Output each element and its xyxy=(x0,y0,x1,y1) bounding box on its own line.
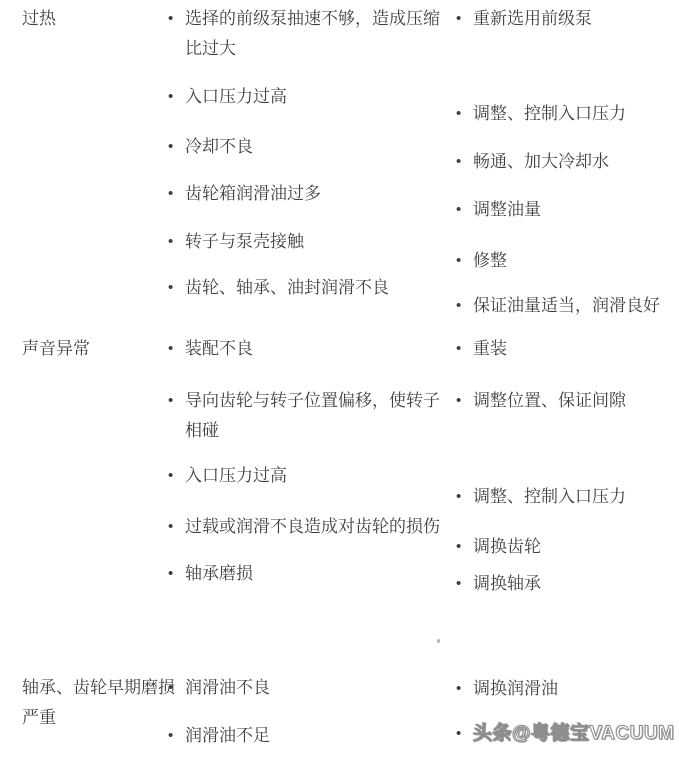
remedy-text: 调换润滑油 xyxy=(473,679,558,698)
bullet-icon: • xyxy=(456,386,461,416)
remedy-text: 保证油量适当，润滑良好 xyxy=(473,296,660,315)
remedy-item: • 调换齿轮 xyxy=(456,532,679,562)
bullet-icon: • xyxy=(456,246,461,276)
bullet-icon: • xyxy=(168,721,173,751)
cause-item: • 选择的前级泵抽速不够，造成压缩比过大 xyxy=(168,4,450,64)
bullet-icon: • xyxy=(456,674,461,704)
cause-text: 轴承磨损 xyxy=(185,564,253,583)
remedy-item: • 调整位置、保证间隙 xyxy=(456,386,679,416)
bullet-icon: • xyxy=(456,719,461,749)
bullet-icon: • xyxy=(168,273,173,303)
cause-text: 转子与泵壳接触 xyxy=(185,232,304,251)
cause-item: • 冷却不良 xyxy=(168,132,450,162)
remedy-text: 修整 xyxy=(473,251,507,270)
watermark-text: 头条@粤德宝VACUUM xyxy=(473,723,675,744)
cause-text: 过载或润滑不良造成对齿轮的损伤 xyxy=(185,517,440,536)
cause-item: • 入口压力过高 xyxy=(168,82,450,112)
watermark: • 头条@粤德宝VACUUM xyxy=(456,719,675,749)
remedy-item: • 调整油量 xyxy=(456,195,679,225)
cause-text: 装配不良 xyxy=(185,339,253,358)
bullet-icon: • xyxy=(168,179,173,209)
bullet-icon: • xyxy=(168,386,173,416)
bullet-icon: • xyxy=(168,4,173,34)
remedy-item: • 重新选用前级泵 xyxy=(456,4,679,34)
cause-text: 入口压力过高 xyxy=(185,87,287,106)
troubleshooting-table: 过热 • 选择的前级泵抽速不够，造成压缩比过大 • 入口压力过高 • 冷却不良 … xyxy=(0,0,679,758)
bullet-icon: • xyxy=(168,132,173,162)
remedy-item: • 调整、控制入口压力 xyxy=(456,99,679,129)
fault-label: 轴承、齿轮早期磨损严重 xyxy=(22,673,182,733)
remedy-item: • 调换润滑油 xyxy=(456,674,679,704)
bullet-icon: • xyxy=(456,532,461,562)
bullet-icon: • xyxy=(168,673,173,703)
cause-item: • 装配不良 xyxy=(168,334,450,364)
cause-item: • 转子与泵壳接触 xyxy=(168,227,450,257)
bullet-icon: • xyxy=(168,82,173,112)
remedy-item: • 保证油量适当，润滑良好 xyxy=(456,291,679,321)
bullet-icon: • xyxy=(456,334,461,364)
bullet-icon: • xyxy=(456,569,461,599)
cause-text: 导向齿轮与转子位置偏移，使转子相碰 xyxy=(185,391,440,440)
cause-text: 选择的前级泵抽速不够，造成压缩比过大 xyxy=(185,9,440,58)
bullet-icon: • xyxy=(168,559,173,589)
fault-label: 声音异常 xyxy=(22,334,182,364)
cause-item: • 轴承磨损 xyxy=(168,559,450,589)
bullet-icon: • xyxy=(168,227,173,257)
bullet-icon: • xyxy=(456,4,461,34)
remedy-text: 重新选用前级泵 xyxy=(473,9,592,28)
bullet-icon: • xyxy=(456,147,461,177)
remedy-text: 调整、控制入口压力 xyxy=(473,487,626,506)
cause-item: • 过载或润滑不良造成对齿轮的损伤 xyxy=(168,512,450,542)
cause-text: 齿轮、轴承、油封润滑不良 xyxy=(185,278,389,297)
remedy-item: • 修整 xyxy=(456,246,679,276)
cause-text: 入口压力过高 xyxy=(185,466,287,485)
cause-text: 冷却不良 xyxy=(185,137,253,156)
remedy-item: • 调换轴承 xyxy=(456,569,679,599)
remedy-text: 调整、控制入口压力 xyxy=(473,104,626,123)
bullet-icon: • xyxy=(168,334,173,364)
remedy-item: • 调整、控制入口压力 xyxy=(456,482,679,512)
remedy-text: 调整油量 xyxy=(473,200,541,219)
bullet-icon: • xyxy=(456,291,461,321)
bullet-icon: • xyxy=(456,482,461,512)
cause-item: • 润滑油不足 xyxy=(168,721,450,751)
cause-text: 润滑油不良 xyxy=(185,678,270,697)
cause-item: • 润滑油不良 xyxy=(168,673,450,703)
fault-label: 过热 xyxy=(22,4,182,34)
print-artifact-dot xyxy=(437,639,440,643)
cause-item: • 导向齿轮与转子位置偏移，使转子相碰 xyxy=(168,386,450,446)
remedy-text: 重装 xyxy=(473,339,507,358)
bullet-icon: • xyxy=(168,512,173,542)
cause-item: • 入口压力过高 xyxy=(168,461,450,491)
remedy-item: • 重装 xyxy=(456,334,679,364)
bullet-icon: • xyxy=(456,195,461,225)
remedy-text: 畅通、加大冷却水 xyxy=(473,152,609,171)
cause-text: 齿轮箱润滑油过多 xyxy=(185,184,321,203)
remedy-text: 调换齿轮 xyxy=(473,537,541,556)
bullet-icon: • xyxy=(456,99,461,129)
remedy-text: 调换轴承 xyxy=(473,574,541,593)
remedy-text: 调整位置、保证间隙 xyxy=(473,391,626,410)
cause-text: 润滑油不足 xyxy=(185,726,270,745)
cause-item: • 齿轮箱润滑油过多 xyxy=(168,179,450,209)
bullet-icon: • xyxy=(168,461,173,491)
remedy-item: • 畅通、加大冷却水 xyxy=(456,147,679,177)
cause-item: • 齿轮、轴承、油封润滑不良 xyxy=(168,273,450,303)
